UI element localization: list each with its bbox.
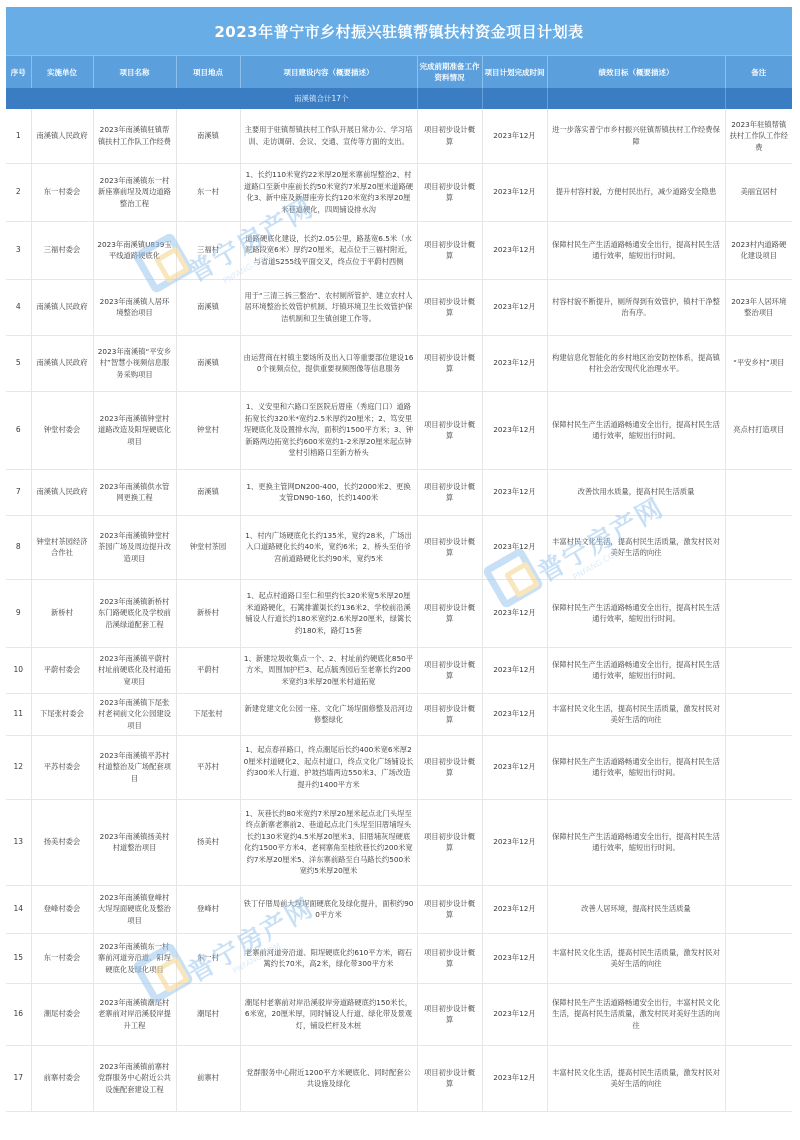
col-header-seq: 序号	[6, 56, 31, 88]
cell-unit: 下尾张村委会	[31, 693, 93, 735]
cell-prep: 项目初步设计概算	[417, 391, 482, 469]
cell-name: 2023年南溪镇下尾张村老祠前文化公园建设项目	[93, 693, 176, 735]
table-row: 15东一村委会2023年南溪镇东一村寨前河道旁沿道、阳埕硬底化及绿化项目东一村老…	[6, 933, 792, 983]
cell-seq: 6	[6, 391, 31, 469]
cell-content: 党群服务中心附近1200平方米硬底化、同时配套公共设施及绿化	[240, 1045, 417, 1111]
cell-location: 潮尾村	[176, 983, 240, 1045]
cell-remark	[725, 735, 792, 799]
cell-prep: 项目初步设计概算	[417, 279, 482, 335]
cell-prep: 项目初步设计概算	[417, 983, 482, 1045]
cell-goal: 进一步落实普宁市乡村振兴驻镇帮镇扶村工作经费保障	[547, 109, 725, 163]
cell-name: 2023年南溪镇前寨村党群服务中心附近公共设施配套建设工程	[93, 1045, 176, 1111]
cell-name: 2023年南溪镇东一村新座寨前埕及周边道路整治工程	[93, 163, 176, 221]
cell-time: 2023年12月	[482, 1045, 547, 1111]
cell-location: 南溪镇	[176, 469, 240, 515]
cell-name: 2023年南溪镇钟堂村茶园广场及周边提升改造项目	[93, 515, 176, 579]
cell-content: 1、义安里和六路口至医院后厝座（秀庭门口）道路拓宽长约320米*宽约2.5米厚约…	[240, 391, 417, 469]
cell-remark: 亮点村打造项目	[725, 391, 792, 469]
cell-goal: 保障村民生产生活道路畅通安全出行，提高村民生活通行效率，缩短出行时间。	[547, 647, 725, 693]
summary-empty-cell	[547, 88, 725, 109]
cell-name: 2023年南溪镇U839玉平线道路硬底化	[93, 221, 176, 279]
cell-location: 登峰村	[176, 885, 240, 933]
cell-goal: 保障村民生产生活道路畅通安全出行，丰富村民文化生活，提高村民生活质量，激发村民对…	[547, 983, 725, 1045]
cell-prep: 项目初步设计概算	[417, 799, 482, 885]
table-row: 16潮尾村委会2023年南溪镇潮尾村老寨前对岸沿溪驳岸提升工程潮尾村潮尾村老寨前…	[6, 983, 792, 1045]
cell-goal: 提升村容村貌，方便村民出行，减少道路安全隐患	[547, 163, 725, 221]
cell-content: 老寨前河道旁沿道、阳埕硬底化约610平方米，砌石篱约长70米，高2米，绿化带30…	[240, 933, 417, 983]
summary-empty-cell	[482, 88, 547, 109]
cell-goal: 改善饮用水质量，提高村民生活质量	[547, 469, 725, 515]
cell-goal: 村容村貌不断提升，厕所得到有效管护，镇村干净整治有序。	[547, 279, 725, 335]
col-header-remark: 备注	[725, 56, 792, 88]
col-header-goal: 绩效目标（概要描述）	[547, 56, 725, 88]
cell-content: 1、村内广场硬底化长约135米，宽约28米，广场出入口道路硬化长约40米，宽约6…	[240, 515, 417, 579]
cell-goal: 保障村民生产生活道路畅通安全出行，提高村民生活通行效率，缩短出行时间。	[547, 391, 725, 469]
table-row: 13扬美村委会2023年南溪镇扬美村村道整治项目扬美村1、灰巷长约80米宽约7米…	[6, 799, 792, 885]
col-header-unit: 实施单位	[31, 56, 93, 88]
cell-prep: 项目初步设计概算	[417, 693, 482, 735]
cell-remark: 美丽宜居村	[725, 163, 792, 221]
summary-row: 南溪镇合计17个	[6, 88, 792, 109]
cell-unit: 新桥村	[31, 579, 93, 647]
cell-name: 2023年南溪镇平苏村村道整治及广场配套项目	[93, 735, 176, 799]
cell-prep: 项目初步设计概算	[417, 469, 482, 515]
cell-content: 新建党建文化公园一座、文化广场埕面修整及沿河边修整绿化	[240, 693, 417, 735]
table-row: 14登峰村委会2023年南溪镇登峰村大埕埕面硬底化及整治项目登峰村铁丁仔厝局前大…	[6, 885, 792, 933]
cell-content: 铁丁仔厝局前大埕埕面硬底化及绿化提升，面积约900平方米	[240, 885, 417, 933]
table-row: 3三福村委会2023年南溪镇U839玉平线道路硬底化三福村道路硬底化建设，长约2…	[6, 221, 792, 279]
cell-content: 主要用于驻镇帮镇扶村工作队开展日常办公、学习培训、走访调研、会议、交通、宣传等方…	[240, 109, 417, 163]
cell-remark: 2023年驻镇帮镇扶村工作队工作经费	[725, 109, 792, 163]
cell-name: 2023年南溪镇扬美村村道整治项目	[93, 799, 176, 885]
cell-location: 新桥村	[176, 579, 240, 647]
cell-seq: 5	[6, 335, 31, 391]
cell-prep: 项目初步设计概算	[417, 163, 482, 221]
table-row: 7南溪镇人民政府2023年南溪镇供水管网更换工程南溪镇1、更换主管网DN200-…	[6, 469, 792, 515]
cell-prep: 项目初步设计概算	[417, 579, 482, 647]
cell-time: 2023年12月	[482, 647, 547, 693]
table-row: 5南溪镇人民政府2023年南溪镇“平安乡村”智慧小视频信息服务采购项目南溪镇由运…	[6, 335, 792, 391]
summary-empty-cell	[417, 88, 482, 109]
cell-seq: 4	[6, 279, 31, 335]
cell-unit: 登峰村委会	[31, 885, 93, 933]
cell-remark	[725, 515, 792, 579]
cell-time: 2023年12月	[482, 933, 547, 983]
cell-remark: 2023村内道路硬化建设项目	[725, 221, 792, 279]
cell-goal: 改善人居环境，提高村民生活质量	[547, 885, 725, 933]
cell-remark	[725, 647, 792, 693]
cell-prep: 项目初步设计概算	[417, 109, 482, 163]
cell-location: 下尾张村	[176, 693, 240, 735]
cell-seq: 14	[6, 885, 31, 933]
summary-text: 南溪镇合计17个	[294, 93, 349, 105]
cell-time: 2023年12月	[482, 221, 547, 279]
cell-unit: 南溪镇人民政府	[31, 109, 93, 163]
cell-seq: 7	[6, 469, 31, 515]
cell-name: 2023年南溪镇驻镇帮镇扶村工作队工作经费	[93, 109, 176, 163]
cell-seq: 2	[6, 163, 31, 221]
cell-prep: 项目初步设计概算	[417, 335, 482, 391]
cell-goal: 保障村民生产生活道路畅通安全出行，提高村民生活通行效率，缩短出行时间。	[547, 579, 725, 647]
cell-location: 前寨村	[176, 1045, 240, 1111]
cell-time: 2023年12月	[482, 693, 547, 735]
cell-unit: 南溪镇人民政府	[31, 469, 93, 515]
col-header-time: 项目计划完成时间	[482, 56, 547, 88]
cell-location: 平苏村	[176, 735, 240, 799]
cell-unit: 前寨村委会	[31, 1045, 93, 1111]
table-row: 11下尾张村委会2023年南溪镇下尾张村老祠前文化公园建设项目下尾张村新建党建文…	[6, 693, 792, 735]
cell-remark: 2023年人居环境整治项目	[725, 279, 792, 335]
cell-location: 东一村	[176, 163, 240, 221]
cell-unit: 南溪镇人民政府	[31, 335, 93, 391]
cell-content: 1、长约110米宽约22米厚20厘米寨前埕整治2、村道路口至新中座前长约50米宽…	[240, 163, 417, 221]
cell-time: 2023年12月	[482, 469, 547, 515]
sheet-title: 2023年普宁市乡村振兴驻镇帮镇扶村资金项目计划表	[6, 7, 792, 56]
cell-prep: 项目初步设计概算	[417, 515, 482, 579]
cell-name: 2023年南溪镇供水管网更换工程	[93, 469, 176, 515]
cell-location: 南溪镇	[176, 109, 240, 163]
cell-time: 2023年12月	[482, 279, 547, 335]
cell-content: 1、灰巷长约80米宽约7米厚20厘米起点北门头埕至终点新寨老寨前2、巷道起点北门…	[240, 799, 417, 885]
cell-goal: 丰富村民文化生活，提高村民生活质量，激发村民对美好生活的向往	[547, 1045, 725, 1111]
cell-seq: 16	[6, 983, 31, 1045]
cell-goal: 保障村民生产生活道路畅通安全出行，提高村民生活通行效率，缩短出行时间。	[547, 735, 725, 799]
cell-time: 2023年12月	[482, 109, 547, 163]
cell-name: 2023年南溪镇登峰村大埕埕面硬底化及整治项目	[93, 885, 176, 933]
cell-prep: 项目初步设计概算	[417, 933, 482, 983]
table-row: 12平苏村委会2023年南溪镇平苏村村道整治及广场配套项目平苏村1、起点春祥路口…	[6, 735, 792, 799]
cell-goal: 保障村民生产生活道路畅通安全出行，提高村民生活通行效率，缩短出行时间。	[547, 799, 725, 885]
cell-goal: 保障村民生产生活道路畅通安全出行，提高村民生活通行效率，缩短出行时间。	[547, 221, 725, 279]
cell-name: 2023年南溪镇人居环境整治项目	[93, 279, 176, 335]
cell-location: 南溪镇	[176, 279, 240, 335]
cell-content: 潮尾村老寨前对岸沿溪驳岸旁道路硬底约150米长，6米宽，20厘米厚，同时铺设人行…	[240, 983, 417, 1045]
cell-remark	[725, 1045, 792, 1111]
cell-seq: 10	[6, 647, 31, 693]
cell-goal: 丰富村民文化生活，提高村民生活质量，激发村民对美好生活的向往	[547, 515, 725, 579]
header-row: 序号 实施单位 项目名称 项目地点 项目建设内容（概要描述） 完成前期准备工作资…	[6, 56, 792, 88]
cell-name: 2023年南溪镇平蔚村村址前硬底化及村道拓宽项目	[93, 647, 176, 693]
cell-name: 2023年南溪镇新桥村东门路硬底化及学校前沿溪绿道配套工程	[93, 579, 176, 647]
cell-time: 2023年12月	[482, 983, 547, 1045]
cell-goal: 丰富村民文化生活，提高村民生活质量，激发村民对美好生活的向往	[547, 693, 725, 735]
cell-seq: 13	[6, 799, 31, 885]
cell-unit: 南溪镇人民政府	[31, 279, 93, 335]
cell-time: 2023年12月	[482, 799, 547, 885]
cell-name: 2023年南溪镇潮尾村老寨前对岸沿溪驳岸提升工程	[93, 983, 176, 1045]
cell-prep: 项目初步设计概算	[417, 1045, 482, 1111]
cell-content: 1、起点村道路口至仁和里约长320米宽5米厚20厘米道路硬化，石篱排灌渠长约13…	[240, 579, 417, 647]
cell-goal: 构建信息化智能化的乡村地区治安防控体系，提高镇村社会治安现代化治理水平。	[547, 335, 725, 391]
table-row: 1南溪镇人民政府2023年南溪镇驻镇帮镇扶村工作队工作经费南溪镇主要用于驻镇帮镇…	[6, 109, 792, 163]
col-header-name: 项目名称	[93, 56, 176, 88]
cell-remark	[725, 469, 792, 515]
cell-remark	[725, 885, 792, 933]
table-row: 2东一村委会2023年南溪镇东一村新座寨前埕及周边道路整治工程东一村1、长约11…	[6, 163, 792, 221]
cell-time: 2023年12月	[482, 391, 547, 469]
cell-time: 2023年12月	[482, 335, 547, 391]
cell-remark	[725, 799, 792, 885]
table-body: 1南溪镇人民政府2023年南溪镇驻镇帮镇扶村工作队工作经费南溪镇主要用于驻镇帮镇…	[6, 109, 792, 1111]
cell-remark: “平安乡村”项目	[725, 335, 792, 391]
col-header-prep: 完成前期准备工作资料情况	[417, 56, 482, 88]
cell-remark	[725, 933, 792, 983]
cell-time: 2023年12月	[482, 515, 547, 579]
cell-unit: 东一村委会	[31, 933, 93, 983]
cell-unit: 平苏村委会	[31, 735, 93, 799]
cell-name: 2023年南溪镇“平安乡村”智慧小视频信息服务采购项目	[93, 335, 176, 391]
cell-seq: 9	[6, 579, 31, 647]
cell-unit: 潮尾村委会	[31, 983, 93, 1045]
cell-unit: 钟堂村茶园经济合作社	[31, 515, 93, 579]
cell-content: 道路硬底化建设，长约2.05公里，路基宽6.5米（水泥路段宽6米）厚约20厘米，…	[240, 221, 417, 279]
cell-content: 1、新建垃圾收集点一个、2、村址前约硬底化850平方米，周围加护栏3、起点毓秀园…	[240, 647, 417, 693]
cell-seq: 12	[6, 735, 31, 799]
project-plan-sheet: 2023年普宁市乡村振兴驻镇帮镇扶村资金项目计划表 序号 实施单位 项目名称 项…	[6, 7, 792, 1112]
cell-remark	[725, 983, 792, 1045]
project-table: 序号 实施单位 项目名称 项目地点 项目建设内容（概要描述） 完成前期准备工作资…	[6, 56, 792, 1112]
cell-prep: 项目初步设计概算	[417, 221, 482, 279]
cell-seq: 3	[6, 221, 31, 279]
cell-seq: 1	[6, 109, 31, 163]
cell-location: 南溪镇	[176, 335, 240, 391]
cell-time: 2023年12月	[482, 885, 547, 933]
table-row: 8钟堂村茶园经济合作社2023年南溪镇钟堂村茶园广场及周边提升改造项目钟堂村茶园…	[6, 515, 792, 579]
cell-goal: 丰富村民文化生活，提高村民生活质量，激发村民对美好生活的向往	[547, 933, 725, 983]
cell-seq: 11	[6, 693, 31, 735]
cell-prep: 项目初步设计概算	[417, 647, 482, 693]
cell-prep: 项目初步设计概算	[417, 885, 482, 933]
table-row: 4南溪镇人民政府2023年南溪镇人居环境整治项目南溪镇用于“三清三拆三整治”、农…	[6, 279, 792, 335]
cell-content: 1、更换主管网DN200-400，长约2000米2、更换支管DN90-160，长…	[240, 469, 417, 515]
cell-seq: 8	[6, 515, 31, 579]
table-row: 9新桥村2023年南溪镇新桥村东门路硬底化及学校前沿溪绿道配套工程新桥村1、起点…	[6, 579, 792, 647]
col-header-content: 项目建设内容（概要描述）	[240, 56, 417, 88]
cell-remark	[725, 579, 792, 647]
cell-time: 2023年12月	[482, 163, 547, 221]
cell-location: 三福村	[176, 221, 240, 279]
cell-location: 钟堂村	[176, 391, 240, 469]
cell-location: 东一村	[176, 933, 240, 983]
cell-unit: 平蔚村委会	[31, 647, 93, 693]
cell-time: 2023年12月	[482, 735, 547, 799]
col-header-location: 项目地点	[176, 56, 240, 88]
cell-unit: 钟堂村委会	[31, 391, 93, 469]
cell-time: 2023年12月	[482, 579, 547, 647]
table-row: 17前寨村委会2023年南溪镇前寨村党群服务中心附近公共设施配套建设工程前寨村党…	[6, 1045, 792, 1111]
cell-location: 钟堂村茶园	[176, 515, 240, 579]
cell-seq: 15	[6, 933, 31, 983]
cell-prep: 项目初步设计概算	[417, 735, 482, 799]
cell-name: 2023年南溪镇钟堂村道路改造及阳埕硬底化项目	[93, 391, 176, 469]
cell-location: 扬美村	[176, 799, 240, 885]
cell-remark	[725, 693, 792, 735]
cell-unit: 东一村委会	[31, 163, 93, 221]
table-row: 10平蔚村委会2023年南溪镇平蔚村村址前硬底化及村道拓宽项目平蔚村1、新建垃圾…	[6, 647, 792, 693]
cell-content: 1、起点春祥路口，终点潮尾后长约400米宽6米厚20厘米村道硬化2、起点村道口，…	[240, 735, 417, 799]
cell-location: 平蔚村	[176, 647, 240, 693]
summary-empty-cell	[725, 88, 792, 109]
table-row: 6钟堂村委会2023年南溪镇钟堂村道路改造及阳埕硬底化项目钟堂村1、义安里和六路…	[6, 391, 792, 469]
cell-seq: 17	[6, 1045, 31, 1111]
cell-unit: 三福村委会	[31, 221, 93, 279]
cell-content: 用于“三清三拆三整治”、农村厕所管护、建立农村人居环境整治长效管护机制、圩镇环境…	[240, 279, 417, 335]
summary-label: 南溪镇合计17个	[6, 88, 417, 109]
cell-name: 2023年南溪镇东一村寨前河道旁沿道、阳埕硬底化及绿化项目	[93, 933, 176, 983]
cell-unit: 扬美村委会	[31, 799, 93, 885]
cell-content: 由运营商在村镇主要场所及出入口等重要部位建设160个视频点位，提供重要视频图像等…	[240, 335, 417, 391]
